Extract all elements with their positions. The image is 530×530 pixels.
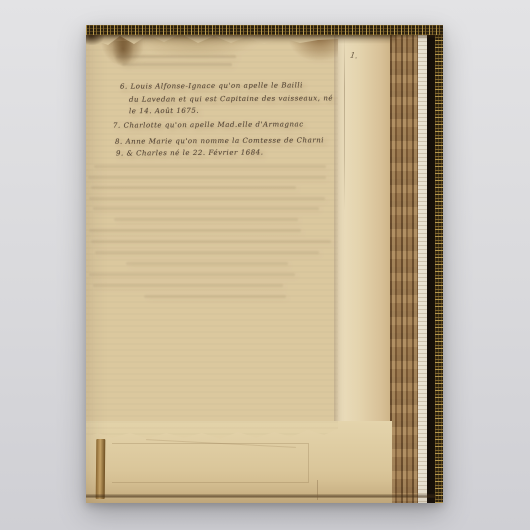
gold-tooled-cover-edge-right: [435, 25, 443, 503]
stained-fore-edge: [390, 25, 420, 503]
ghost-text-line: [88, 176, 326, 179]
ghost-text-line: [95, 251, 319, 254]
ghost-text-line: [89, 197, 325, 200]
gold-tooled-cover-edge-top: [86, 25, 443, 35]
ghost-text-line: [91, 240, 331, 243]
poster-photo: 6. Louis Alfonse-Ignace qu'on apelle le …: [86, 25, 443, 503]
ghost-text-line: [91, 186, 296, 189]
ghost-text-line: [94, 165, 326, 168]
manuscript-text-line: 7. Charlotte qu'on apelle Mad.elle d'Arm…: [113, 120, 304, 129]
manuscript-text-line: 8. Anne Marie qu'on nomme la Comtesse de…: [115, 136, 324, 145]
book-bottom-edge: [86, 494, 436, 498]
ghost-text-line: [93, 284, 283, 287]
ghost-text-line: [89, 273, 295, 276]
page-number: 1.: [349, 51, 358, 61]
manuscript-text-line: 6. Louis Alfonse-Ignace qu'on apelle le …: [120, 81, 303, 90]
ghost-text-line: [89, 229, 301, 232]
page-edge-step: [317, 480, 318, 500]
manuscript-text-line: le 14. Août 1675.: [129, 107, 199, 115]
manuscript-text-line: du Lavedan et qui est Capitaine des vais…: [129, 94, 333, 103]
ghost-text-line: [144, 295, 286, 298]
ghost-text-line: [114, 218, 298, 221]
ribbon-marker: [96, 439, 106, 499]
ghost-text-line: [126, 262, 288, 265]
manuscript-text-line: 9. & Charles né le 22. Février 1684.: [116, 148, 264, 157]
ghost-text-line: [93, 207, 319, 210]
faint-document-outline: [112, 443, 309, 483]
vertical-page-crease: [344, 35, 345, 210]
ghost-text-line: [116, 55, 236, 58]
manuscript-sheet: 6. Louis Alfonse-Ignace qu'on apelle le …: [86, 31, 338, 441]
ghost-text-line: [122, 63, 232, 66]
